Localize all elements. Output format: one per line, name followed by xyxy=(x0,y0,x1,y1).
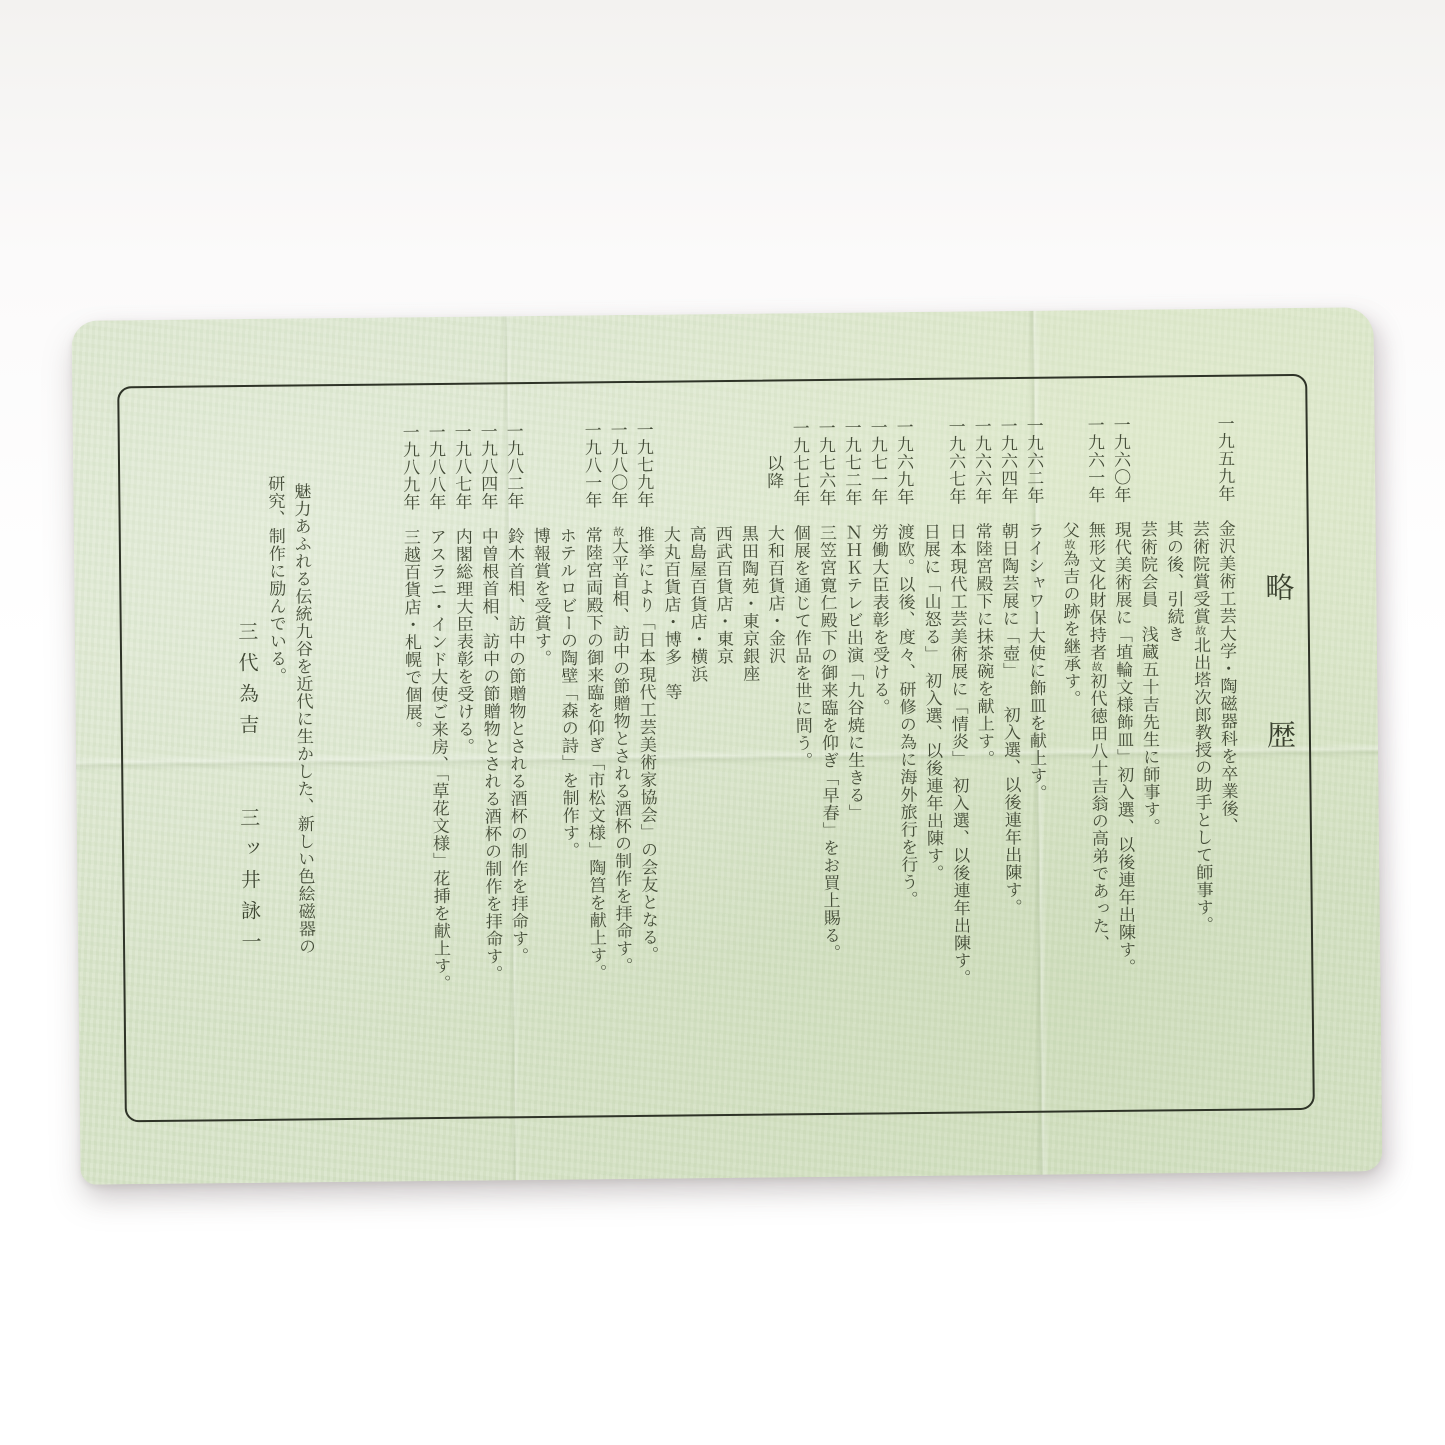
text-segment: 一九五九年 金沢美術工芸大学・陶磁器科を卒業後、 xyxy=(1214,415,1238,835)
entry-1988: 一九八八年 アスラニ・インド大使ご来房、「草花文様」花挿を献上す。 xyxy=(426,423,450,1097)
text-segment: 一九八二年 鈴木首相、訪中の節贈物とされる酒杯の制作を拝命す。 xyxy=(503,422,529,965)
text-segment: 略 歴 xyxy=(1261,572,1297,749)
entry-1989: 一九八九年 三越百貨店・札幌で個展。 xyxy=(400,423,424,1097)
entry-1959-line4: 芸術院会員 浅蔵五十吉先生に師事す。 xyxy=(1137,416,1161,1090)
entry-1987: 一九八七年 内閣総理大臣表彰を受ける。 xyxy=(452,423,476,1097)
text-segment: 黒田陶苑・東京銀座 xyxy=(738,525,760,683)
resume-content: 略 歴一九五九年 金沢美術工芸大学・陶磁器科を卒業後、芸術院賞受賞故北出塔次郎教… xyxy=(134,414,1298,1100)
entry-1964: 一九六四年 朝日陶芸展に「壺」 初入選、以後連年出陳す。 xyxy=(998,417,1022,1091)
text-segment: 一九八四年 中曽根首相、訪中の節贈物とされる酒杯の制作を拝命す。 xyxy=(477,422,503,982)
text-segment: 一九六六年 常陸宮殿下に抹茶碗を献上す。 xyxy=(971,417,995,767)
text-segment: 一九六四年 朝日陶芸展に「壺」 初入選、以後連年出陳す。 xyxy=(997,417,1022,916)
text-segment: 其の後、引続き xyxy=(1163,520,1184,643)
entry-1961-line2: 父故為吉の跡を継承す。 xyxy=(1059,416,1083,1090)
honorific-ko-prefix: 故 xyxy=(612,526,625,537)
text-segment: 初代徳田八十吉翁の高弟であった、 xyxy=(1086,672,1109,952)
text-segment: 以降 大和百貨店・金沢 xyxy=(763,454,785,664)
entry-1959: 一九五九年 金沢美術工芸大学・陶磁器科を卒業後、 xyxy=(1215,415,1239,1089)
entry-1977-venue-3: 西武百貨店・東京 xyxy=(712,420,736,1094)
text-segment: 一九八七年 内閣総理大臣表彰を受ける。 xyxy=(451,423,474,756)
entry-1977-venue-1: 以降 大和百貨店・金沢 xyxy=(764,419,788,1093)
entry-1977: 一九七七年 個展を通じて作品を世に問う。 xyxy=(790,419,814,1093)
photo-background: 略 歴一九五九年 金沢美術工芸大学・陶磁器科を卒業後、芸術院賞受賞故北出塔次郎教… xyxy=(0,0,1445,1445)
text-segment: 一九八〇年 xyxy=(607,421,628,526)
text-segment: 博報賞を受賞す。 xyxy=(530,527,551,667)
entry-1979: 一九七九年 推挙により「日本現代工芸美術家協会」の会友となる。 xyxy=(634,421,658,1095)
text-segment: 一九八八年 アスラニ・インド大使ご来房、「草花文様」花挿を献上す。 xyxy=(425,423,451,992)
text-segment: 一九七七年 個展を通じて作品を世に問う。 xyxy=(789,419,813,769)
entry-1960: 一九六〇年 現代美術展に「埴輪文様飾皿」初入選、以後連年出陳す。 xyxy=(1111,416,1135,1090)
honorific-ko-prefix: 故 xyxy=(1194,625,1207,636)
entry-1961: 一九六一年 無形文化財保持者故初代徳田八十吉翁の高弟であった、 xyxy=(1085,416,1109,1090)
entry-1980: 一九八〇年 故大平首相、訪中の節贈物とされる酒杯の制作を拝命す。 xyxy=(608,421,632,1095)
entry-1967-line2: 日展に「山怒る」 初入選、以後連年出陳す。 xyxy=(920,418,944,1092)
paper-sheet: 略 歴一九五九年 金沢美術工芸大学・陶磁器科を卒業後、芸術院賞受賞故北出塔次郎教… xyxy=(72,307,1383,1185)
honorific-ko-prefix: 故 xyxy=(1063,539,1076,550)
entry-1966: 一九六六年 常陸宮殿下に抹茶碗を献上す。 xyxy=(972,417,996,1091)
closing-line2: 研究、制作に励んでいる。 xyxy=(265,425,289,1099)
text-segment: 一九八九年 三越百貨店・札幌で個展。 xyxy=(399,423,422,738)
artist-signature: 三代為吉 三ッ井詠一 xyxy=(235,425,262,1099)
entry-1976: 一九七六年 三笠宮寛仁殿下の御来臨を仰ぎ「早春」をお買上賜る。 xyxy=(816,419,840,1093)
entry-1959-line3: 其の後、引続き xyxy=(1163,415,1187,1089)
text-segment: 一九七一年 労働大臣表彰を受ける。 xyxy=(867,418,890,716)
closing-line1: 魅力あふれる伝統九谷を近代に生かした、新しい色絵磁器の xyxy=(291,424,315,1098)
text-segment: 西武百貨店・東京 xyxy=(712,525,733,665)
text-segment: 研究、制作に励んでいる。 xyxy=(264,475,286,685)
entry-1959-line2: 芸術院賞受賞故北出塔次郎教授の助手として師事す。 xyxy=(1189,415,1213,1089)
entry-1981-line3: 博報賞を受賞す。 xyxy=(530,422,554,1096)
text-segment: 一九七六年 三笠宮寛仁殿下の御来臨を仰ぎ「早春」をお買上賜る。 xyxy=(815,419,841,962)
entry-1977-venue-5: 大丸百貨店・博多 等 xyxy=(660,421,684,1095)
text-segment: 為吉の跡を継承す。 xyxy=(1059,550,1081,708)
text-segment: 一九八一年 常陸宮両殿下の御来臨を仰ぎ「市松文様」陶筥を献上す。 xyxy=(581,421,607,981)
entry-1982: 一九八二年 鈴木首相、訪中の節贈物とされる酒杯の制作を拝命す。 xyxy=(504,422,528,1096)
entry-1972: 一九七二年 ＮＨＫテレビ出演「九谷焼に生きる」 xyxy=(842,419,866,1093)
text-segment: 一九七二年 ＮＨＫテレビ出演「九谷焼に生きる」 xyxy=(841,419,865,822)
text-segment: 父 xyxy=(1059,521,1079,539)
document-title: 略 歴 xyxy=(1262,414,1298,1088)
text-segment: 一九六七年 日本現代工芸美術展に「情炎」 初入選、以後連年出陳す。 xyxy=(945,417,971,986)
text-segment: ホテルロビーの陶壁「森の詩」を制作す。 xyxy=(556,527,579,860)
text-segment: 一九六〇年 現代美術展に「埴輪文様飾皿」初入選、以後連年出陳す。 xyxy=(1110,416,1136,976)
text-segment: 芸術院賞受賞 xyxy=(1189,520,1210,625)
text-segment: 三代為吉 三ッ井詠一 xyxy=(235,621,263,962)
text-segment: 魅力あふれる伝統九谷を近代に生かした、新しい色絵磁器の xyxy=(290,482,315,955)
entry-1977-venue-4: 高島屋百貨店・横浜 xyxy=(686,420,710,1094)
text-segment: 大丸百貨店・博多 等 xyxy=(660,525,682,700)
text-segment: 一九六二年 ライシャワー大使に飾皿を献上す。 xyxy=(1023,417,1047,802)
entry-1969: 一九六九年 渡欧。以後、度々、研修の為に海外旅行を行う。 xyxy=(894,418,918,1092)
entry-1962: 一九六二年 ライシャワー大使に飾皿を献上す。 xyxy=(1024,417,1048,1091)
text-segment: 日展に「山怒る」 初入選、以後連年出陳す。 xyxy=(920,523,944,882)
entry-1967: 一九六七年 日本現代工芸美術展に「情炎」 初入選、以後連年出陳す。 xyxy=(946,418,970,1092)
text-segment: 大平首相、訪中の節贈物とされる酒杯の制作を拝命す。 xyxy=(608,537,633,975)
entry-1981: 一九八一年 常陸宮両殿下の御来臨を仰ぎ「市松文様」陶筥を献上す。 xyxy=(582,421,606,1095)
text-segment: 一九七九年 推挙により「日本現代工芸美術家協会」の会友となる。 xyxy=(633,421,659,964)
entry-1984: 一九八四年 中曽根首相、訪中の節贈物とされる酒杯の制作を拝命す。 xyxy=(478,422,502,1096)
text-segment: 北出塔次郎教授の助手として師事す。 xyxy=(1190,636,1213,934)
text-segment: 一九六一年 無形文化財保持者 xyxy=(1084,416,1107,661)
entry-1981-line2: ホテルロビーの陶壁「森の詩」を制作す。 xyxy=(556,422,580,1096)
text-segment: 芸術院会員 浅蔵五十吉先生に師事す。 xyxy=(1137,520,1160,835)
honorific-ko-prefix: 故 xyxy=(1090,661,1103,672)
text-segment: 一九六九年 渡欧。以後、度々、研修の為に海外旅行を行う。 xyxy=(893,418,918,908)
text-segment: 高島屋百貨店・横浜 xyxy=(686,525,708,683)
entry-1971: 一九七一年 労働大臣表彰を受ける。 xyxy=(868,418,892,1092)
border-frame: 略 歴一九五九年 金沢美術工芸大学・陶磁器科を卒業後、芸術院賞受賞故北出塔次郎教… xyxy=(117,374,1315,1122)
entry-1977-venue-2: 黒田陶苑・東京銀座 xyxy=(738,420,762,1094)
